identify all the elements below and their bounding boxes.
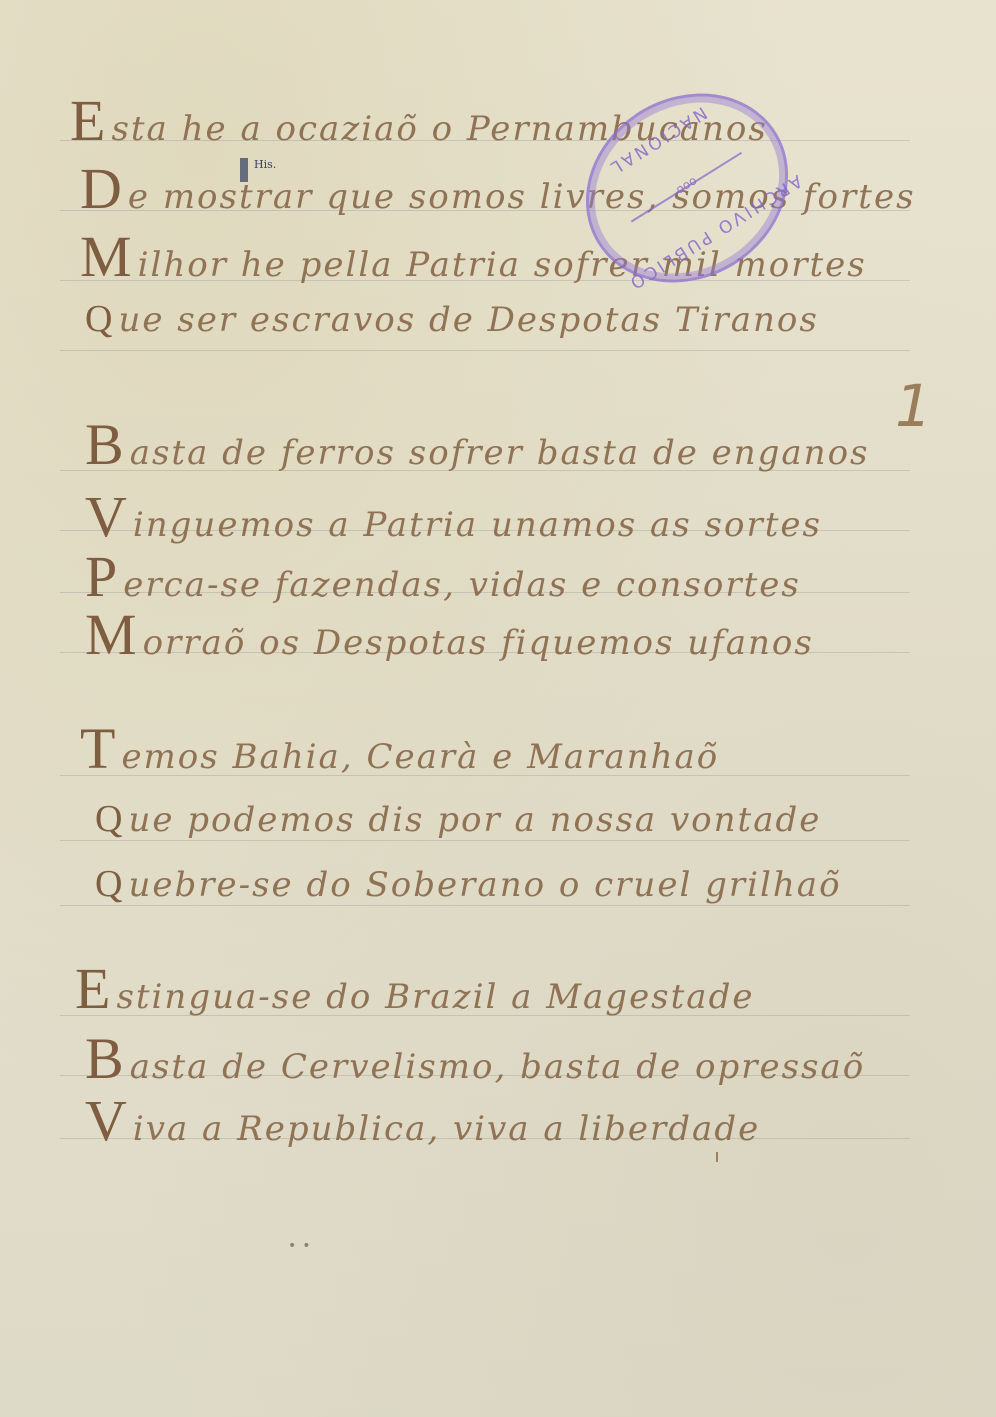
initial-capital: Q [95,798,124,840]
verse-text: uebre-se do Soberano o cruel grilhaõ [128,865,841,905]
verse-text: ilhor he pella Patria sofrer mil mortes [138,245,867,285]
verse-line: Basta de ferros sofrer basta de enganos [85,416,870,474]
verse-line: Vinguemos a Patria unamos as sortes [85,488,822,546]
initial-capital: T [80,716,117,781]
verse-line: Perca-se fazendas, vidas e consortes [85,548,801,606]
verse-text: ue podemos dis por a nossa vontade [128,800,821,840]
verse-text: emos Bahia, Cearà e Maranhaõ [121,737,719,777]
verse-line: Basta de Cervelismo, basta de opressaõ [85,1030,865,1088]
initial-capital: V [85,1088,129,1153]
verse-text: asta de ferros sofrer basta de enganos [130,433,870,473]
verse-line: Morraõ os Despotas fiquemos ufanos [85,606,814,664]
verse-text: ue ser escravos de Despotas Tiranos [118,300,818,340]
manuscript-page: Esta he a ocaziaõ o Pernambucanos De mos… [0,0,996,1417]
annotation-text: His. [254,158,276,171]
initial-capital: Q [95,863,124,905]
initial-capital: E [70,88,107,153]
ruled-line [60,905,910,906]
ruled-line [60,350,910,351]
ink-mark-icon [240,158,248,182]
verse-line: Viva a Republica, viva a liberdade [85,1092,760,1150]
verse-text: erca-se fazendas, vidas e consortes [123,565,801,605]
initial-capital: B [85,412,126,477]
initial-capital: D [80,156,124,221]
verse-line: Que ser escravos de Despotas Tiranos [85,300,819,338]
verse-text: asta de Cervelismo, basta de opressaõ [130,1047,866,1087]
initial-capital: P [85,544,119,609]
verse-text: inguemos a Patria unamos as sortes [133,505,822,545]
initial-capital: E [75,956,112,1021]
ruled-line [60,840,910,841]
initial-capital: V [85,484,129,549]
initial-capital: M [85,602,139,667]
verse-text: orraõ os Despotas fiquemos ufanos [143,623,814,663]
verse-line: Quebre-se do Soberano o cruel grilhaõ [95,865,842,903]
initial-capital: Q [85,298,114,340]
initial-capital: M [80,224,134,289]
verse-line: Que podemos dis por a nossa vontade [95,800,821,838]
pinhole-dots: •• [288,1238,317,1254]
ink-speck [716,1152,718,1162]
verse-line: Temos Bahia, Cearà e Maranhaõ [80,720,719,778]
verse-text: iva a Republica, viva a liberdade [133,1109,760,1149]
initial-capital: B [85,1026,126,1091]
page-number: 1 [895,372,932,440]
verse-line: Estingua-se do Brazil a Magestade [75,960,754,1018]
archival-annotation: His. [240,158,276,182]
verse-text: stingua-se do Brazil a Magestade [116,977,754,1017]
